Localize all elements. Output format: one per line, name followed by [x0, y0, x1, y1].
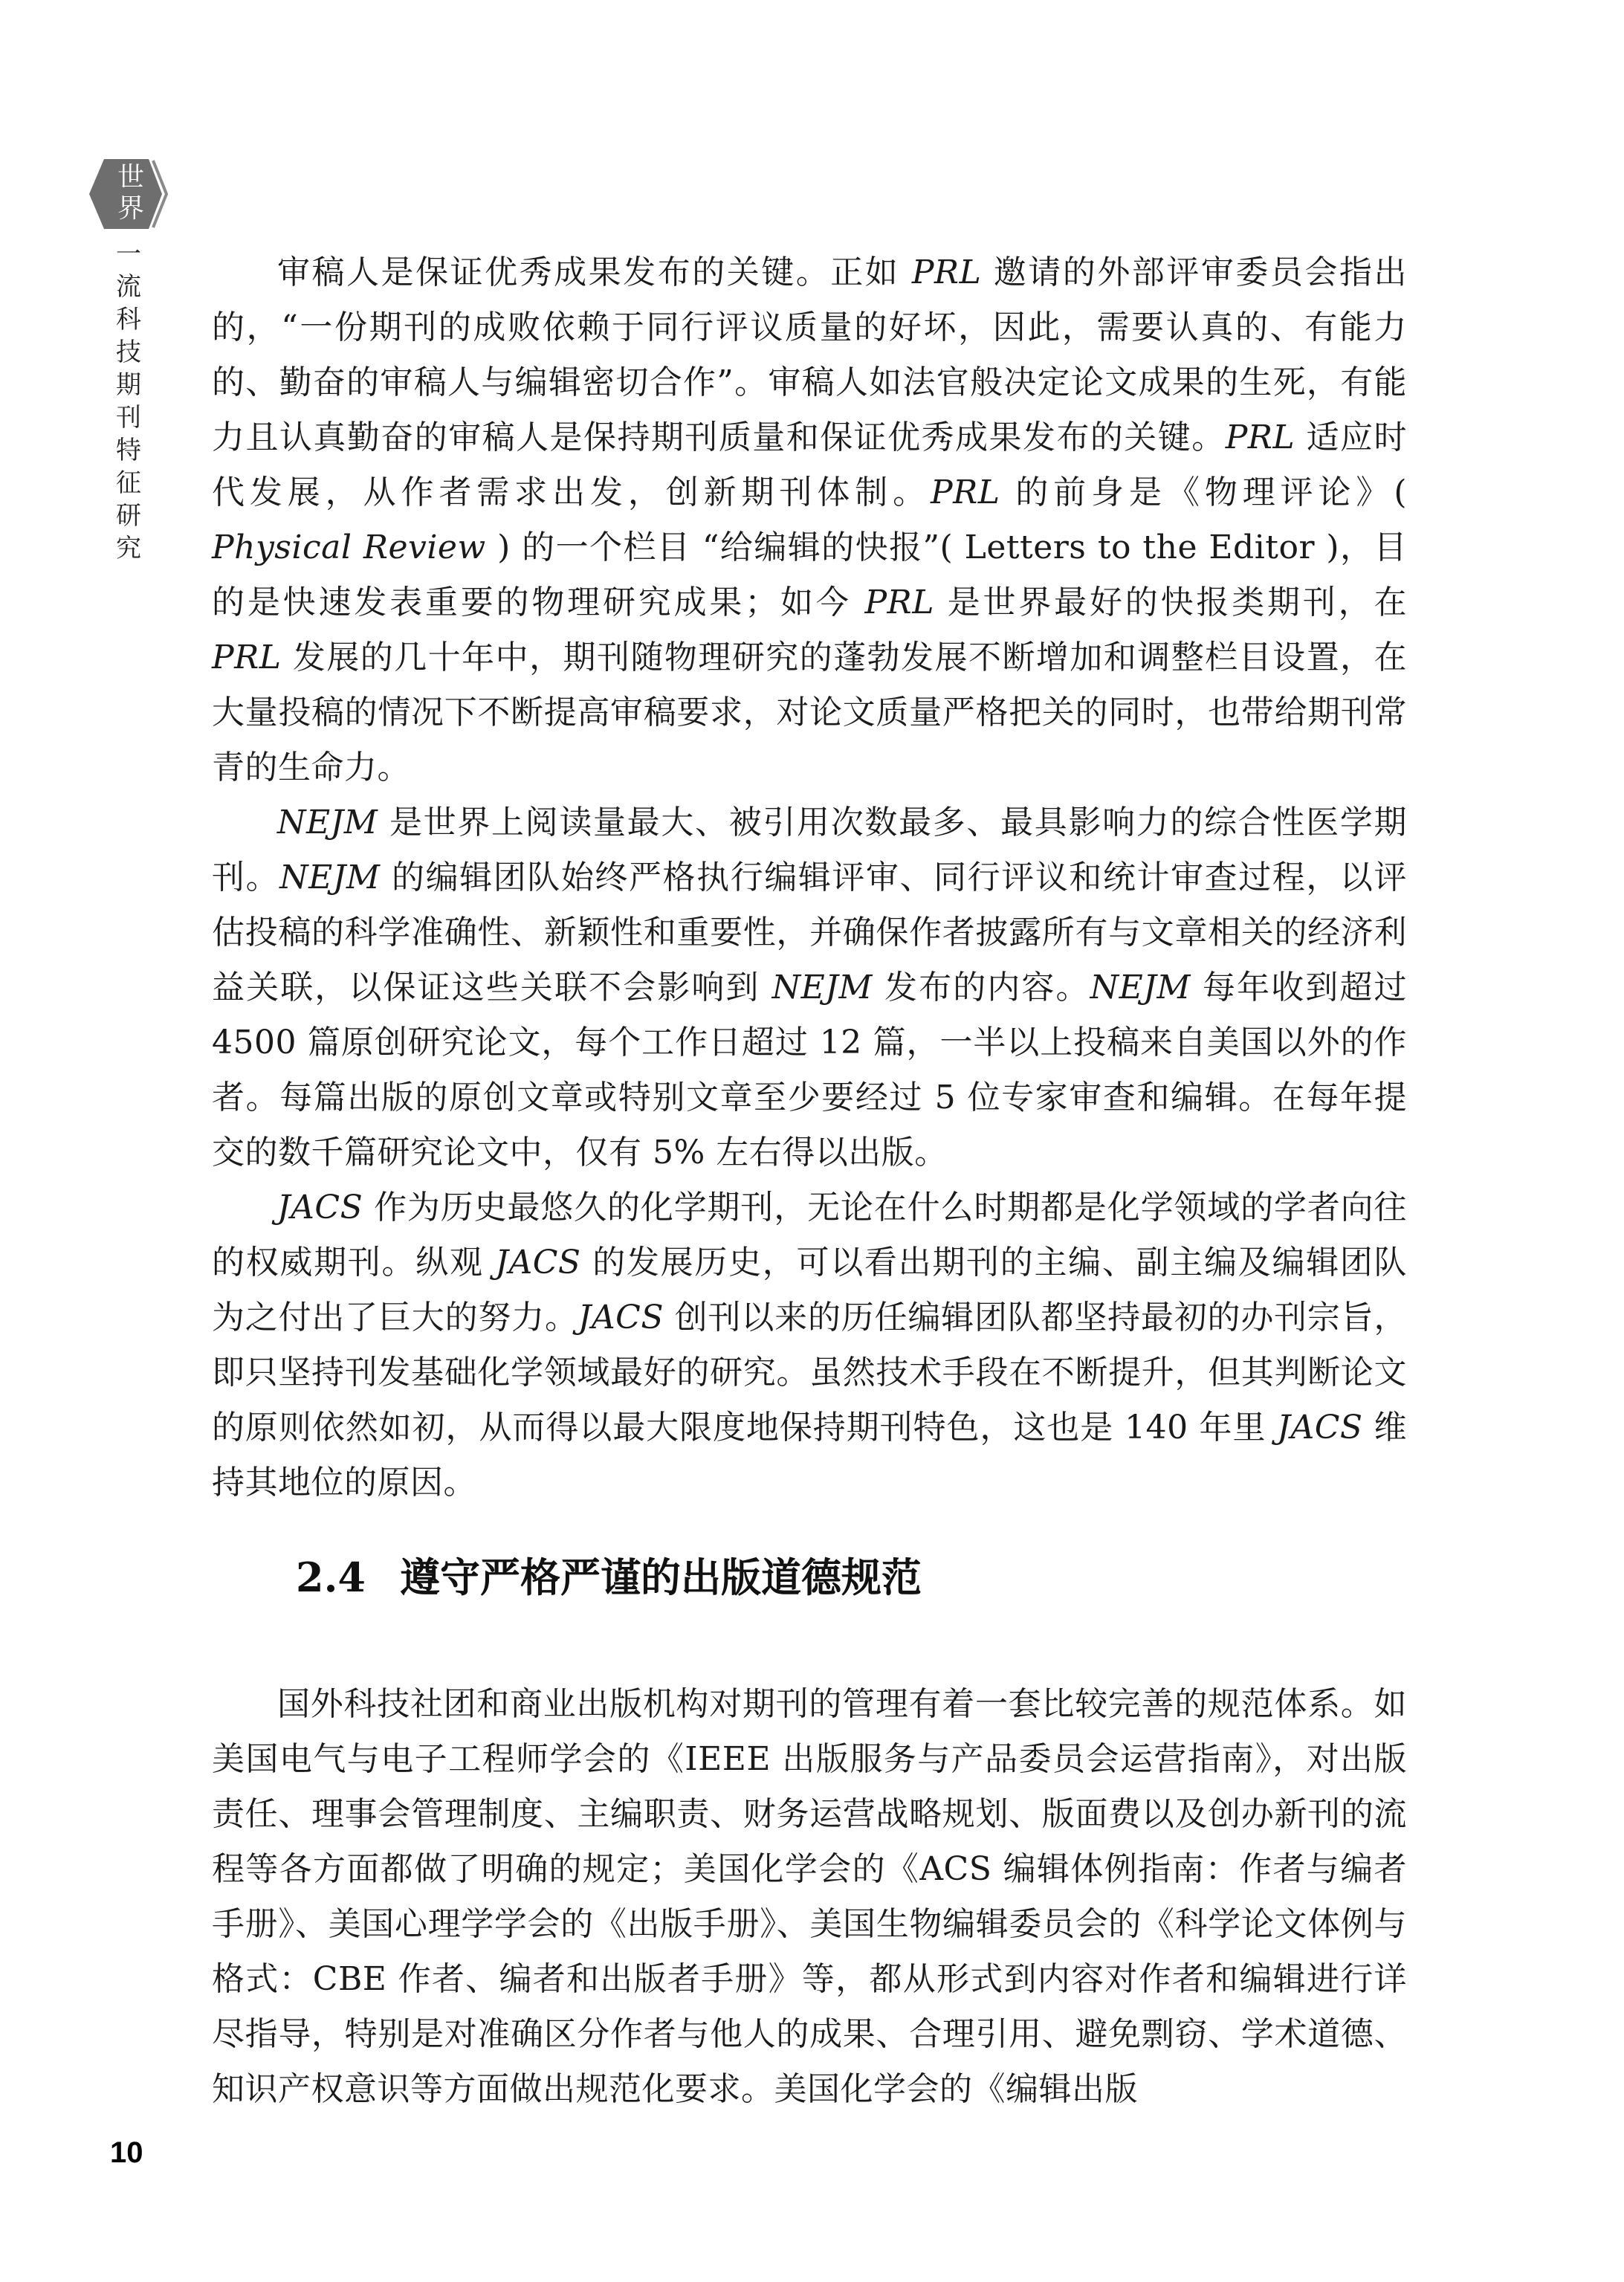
text-run: 是世界最好的快报类期刊，在: [934, 584, 1407, 621]
journal-name: NEJM: [1090, 969, 1191, 1006]
paragraph-prl: 审稿人是保证优秀成果发布的关键。正如 PRL 邀请的外部评审委员会指出的，“一份…: [212, 245, 1407, 795]
section-number: 2.4: [296, 1554, 400, 1601]
journal-name: NEJM: [279, 859, 380, 896]
badge-char: 界: [114, 193, 147, 224]
paragraph-nejm: NEJM 是世界上阅读量最大、被引用次数最多、最具影响力的综合性医学期刊。NEJ…: [212, 795, 1407, 1180]
title-char: 究: [111, 532, 146, 565]
badge-text: 世 界: [114, 162, 147, 224]
text-run: 国外科技社团和商业出版机构对期刊的管理有着一套比较完善的规范体系。如美国电气与电…: [212, 1685, 1407, 2108]
text-run: 发展的几十年中，期刊随物理研究的蓬勃发展不断增加和调整栏目设置，在大量投稿的情况…: [212, 639, 1407, 786]
journal-name: JACS: [495, 1244, 580, 1281]
journal-name: NEJM: [277, 804, 378, 841]
badge-char: 世: [114, 162, 147, 193]
text-run: 的前身是《物理评论》(: [1000, 473, 1407, 511]
journal-name: NEJM: [772, 969, 873, 1006]
journal-name: Physical Review: [212, 529, 486, 566]
body-text: 审稿人是保证优秀成果发布的关键。正如 PRL 邀请的外部评审委员会指出的，“一份…: [212, 245, 1407, 1510]
title-char: 征: [111, 467, 146, 500]
paragraph-ethics: 国外科技社团和商业出版机构对期刊的管理有着一套比较完善的规范体系。如美国电气与电…: [212, 1677, 1407, 2117]
title-char: 期: [111, 369, 146, 401]
title-char: 科: [111, 303, 146, 336]
title-char: 研: [111, 500, 146, 532]
journal-name: PRL: [931, 473, 1000, 511]
journal-name: JACS: [277, 1189, 363, 1226]
journal-name: JACS: [578, 1299, 664, 1336]
title-char: 特: [111, 434, 146, 467]
journal-name: PRL: [864, 584, 934, 621]
journal-name: PRL: [212, 639, 281, 676]
page-number: 10: [110, 2136, 143, 2170]
journal-name: PRL: [912, 253, 981, 291]
title-char: 刊: [111, 401, 146, 434]
title-char: 流: [111, 271, 146, 303]
journal-name: PRL: [1226, 418, 1295, 456]
section-title: 遵守严格严谨的出版道德规范: [400, 1554, 922, 1601]
title-char: 一: [111, 238, 146, 271]
text-run: 发布的内容。: [873, 969, 1090, 1006]
running-title-vertical: 一 流 科 技 期 刊 特 征 研 究: [111, 238, 146, 565]
chapter-badge: 世 界: [88, 158, 169, 230]
section-heading: 2.4遵守严格严谨的出版道德规范: [296, 1546, 922, 1603]
title-char: 技: [111, 336, 146, 369]
journal-name: JACS: [1277, 1409, 1362, 1447]
text-run: 审稿人是保证优秀成果发布的关键。正如: [277, 253, 912, 291]
paragraph-jacs: JACS 作为历史最悠久的化学期刊，无论在什么时期都是化学领域的学者向往的权威期…: [212, 1180, 1407, 1510]
section-body-text: 国外科技社团和商业出版机构对期刊的管理有着一套比较完善的规范体系。如美国电气与电…: [212, 1677, 1407, 2117]
